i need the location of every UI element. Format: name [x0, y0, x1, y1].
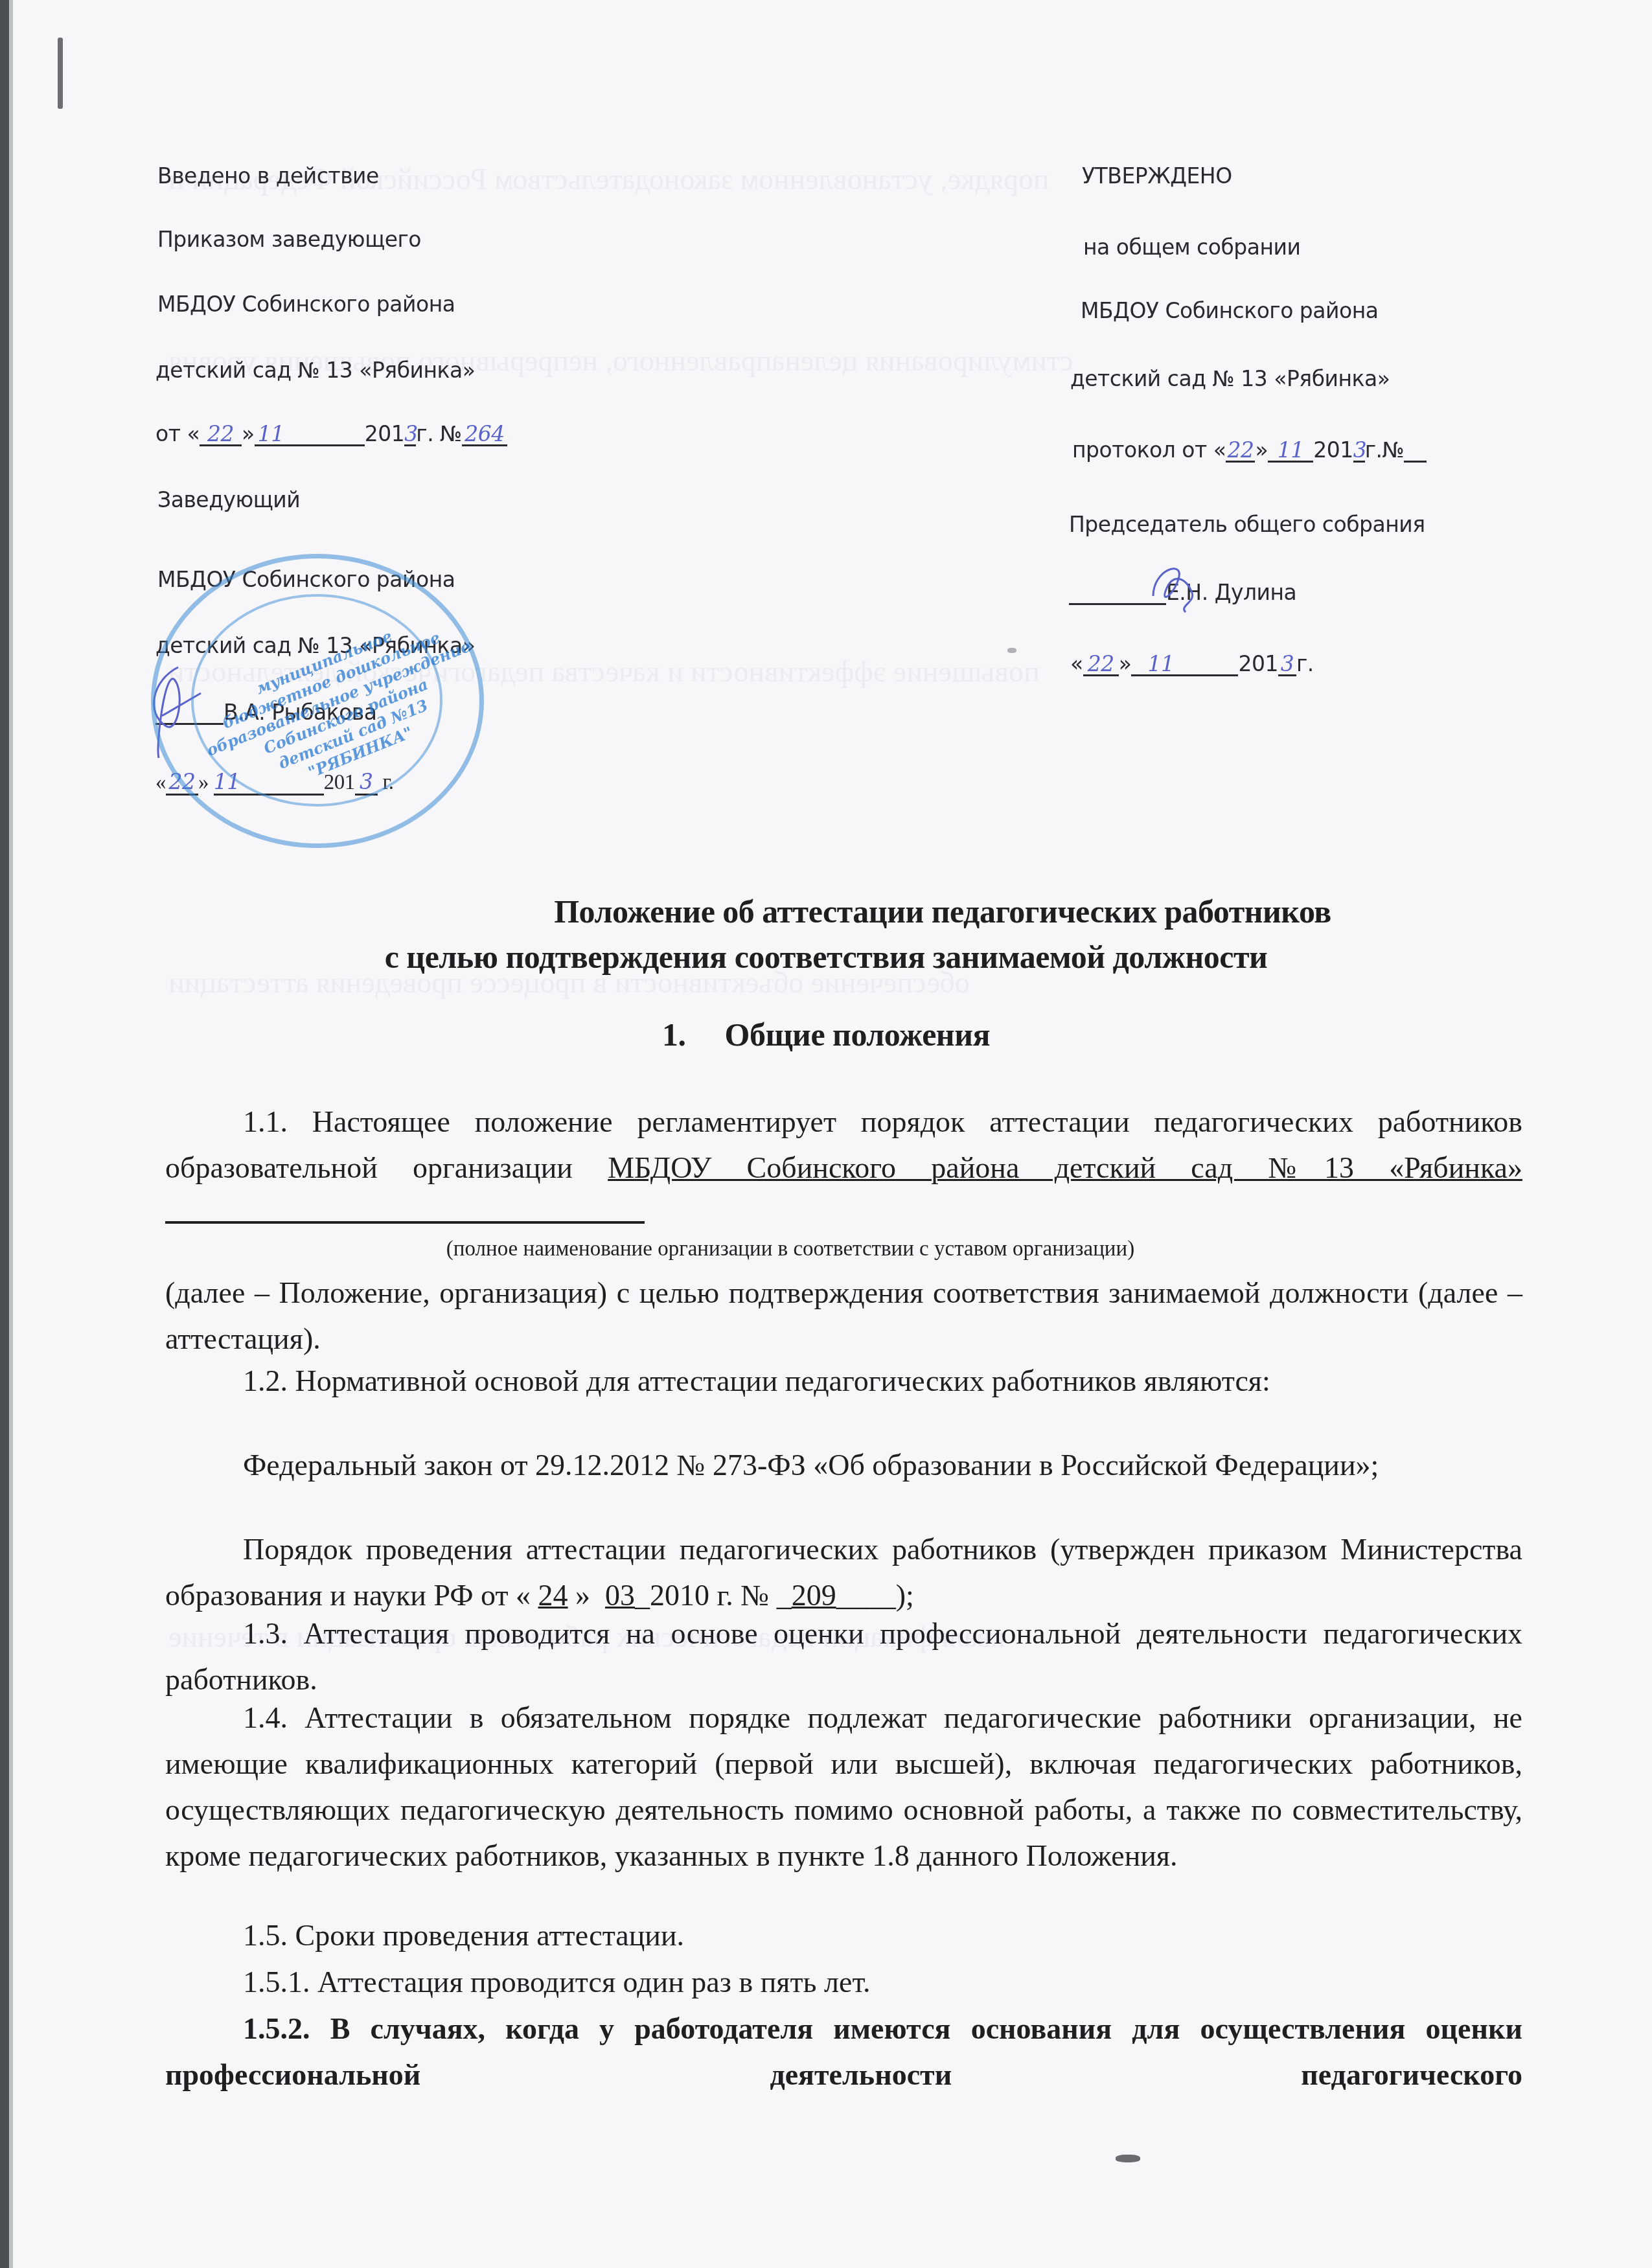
right-org-line1: МБДОУ Собинского района [1081, 298, 1378, 323]
right-org-line2: детский сад № 13 «Рябинка» [1070, 366, 1390, 391]
paragraph-1-5-1: 1.5.1. Аттестация проводится один раз в … [165, 1959, 1522, 2005]
date-year-prefix: 201 [1238, 651, 1278, 676]
ministry-order-day: 24 [538, 1579, 568, 1612]
order-prefix: от « [155, 421, 200, 446]
protocol-date-number: протокол от «22»112013г.№ [1072, 437, 1427, 463]
order-number: 264 [465, 421, 505, 446]
protocol-year-prefix: 201 [1313, 437, 1353, 463]
protocol-prefix: протокол от « [1072, 437, 1226, 463]
section1-title: Общие положения [724, 1016, 990, 1053]
protocol-day: 22 [1227, 437, 1254, 463]
order-mid: » [242, 421, 255, 446]
protocol-mid: » [1255, 437, 1268, 463]
paragraph-1-2: 1.2. Нормативной основой для аттестации … [165, 1358, 1522, 1404]
paragraph-1-5: 1.5. Сроки проведения аттестации. [165, 1912, 1522, 1958]
paragraph-1-2-law: Федеральный закон от 29.12.2012 № 273-ФЗ… [165, 1442, 1522, 1488]
order-text-a: Порядок проведения аттестации педагогиче… [165, 1533, 1522, 1612]
order-text-b: » [575, 1579, 590, 1612]
scan-edge-highlight [9, 0, 13, 2268]
chair-date-year-digit: 3 [1281, 651, 1294, 676]
organization-stamp: муниципальное бюджетное дошкольное образ… [151, 554, 484, 848]
ministry-order-number: 209 [792, 1579, 836, 1612]
date-open: « [155, 771, 166, 794]
order-month: 11 [258, 421, 284, 446]
section1-number: 1. [662, 1016, 686, 1053]
protocol-month: 11 [1278, 437, 1304, 463]
paragraph-1-4: 1.4. Аттестации в обязательном порядке п… [165, 1695, 1522, 1879]
order-text-c: 2010 г. № [650, 1579, 769, 1612]
ministry-order-month: 03 [605, 1579, 635, 1612]
section1-heading: 1. Общие положения [0, 1016, 1652, 1053]
document-title-line2: с целью подтверждения соответствия заним… [0, 938, 1652, 976]
order-num-prefix: г. № [416, 421, 462, 446]
scan-speck [1116, 2155, 1140, 2162]
paragraph-1-2-order: Порядок проведения аттестации педагогиче… [165, 1526, 1522, 1618]
scan-speck [1007, 648, 1016, 653]
order-of-head-label: Приказом заведующего [157, 227, 421, 252]
order-text-d: ); [896, 1579, 914, 1612]
chair-date-day: 22 [1088, 651, 1114, 676]
org-name-line2: детский сад № 13 «Рябинка» [155, 358, 475, 383]
date-close: » [1119, 651, 1132, 676]
staple-mark [58, 38, 63, 109]
paragraph-1-1: 1.1. Настоящее положение регламентирует … [165, 1099, 1522, 1237]
date-suffix: г. [1296, 651, 1314, 676]
org-name-line1: МБДОУ Собинского района [157, 292, 455, 317]
order-year-prefix: 201 [365, 421, 405, 446]
order-day: 22 [207, 421, 234, 446]
chair-date-month: 11 [1147, 651, 1174, 676]
chair-signature [1147, 557, 1218, 615]
organization-full-name: МБДОУ Собинского района детский сад №13 … [608, 1151, 1522, 1184]
org-name-caption: (полное наименование организации в соотв… [175, 1237, 1406, 1261]
paragraph-1-3: 1.3. Аттестация проводится на основе оце… [165, 1610, 1522, 1702]
order-date-number: от «22»112013г. №264 [155, 421, 507, 446]
general-meeting-label: на общем собрании [1083, 235, 1300, 260]
chair-sign-date: «22»112013г. [1070, 651, 1314, 676]
head-title: Заведующий [157, 487, 300, 512]
protocol-num-prefix: г.№ [1365, 437, 1405, 463]
date-open: « [1070, 651, 1083, 676]
approved-label: УТВЕРЖДЕНО [1082, 163, 1232, 189]
paragraph-1-1-cont: (далее – Положение, организация) с целью… [165, 1270, 1522, 1362]
paragraph-1-5-2: 1.5.2. В случаях, когда у работодателя и… [165, 2006, 1522, 2098]
enacted-label: Введено в действие [157, 163, 379, 189]
chair-title: Председатель общего собрания [1069, 512, 1425, 537]
document-title-line1: Положение об аттестации педагогических р… [117, 893, 1652, 930]
scan-edge [0, 0, 9, 2268]
